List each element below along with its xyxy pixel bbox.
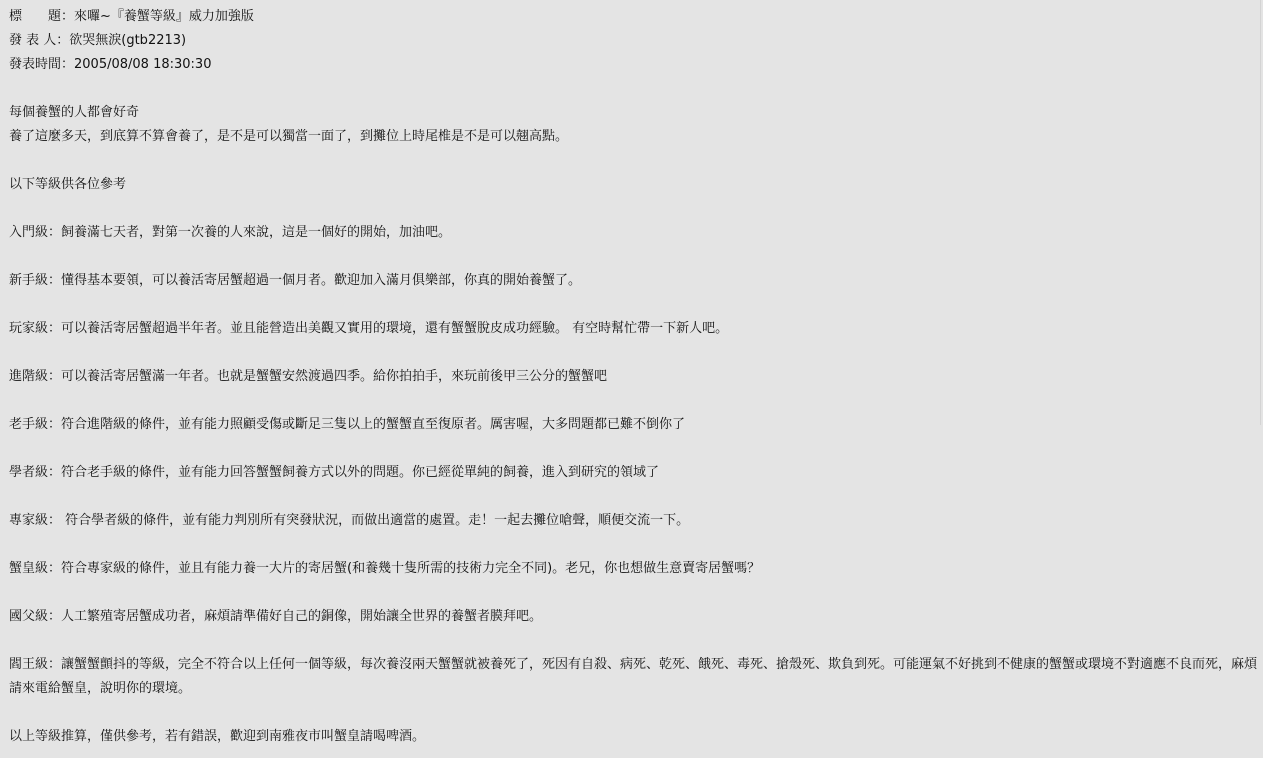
post-title-row: 標 題：來囉~『養蟹等級』威力加強版 — [9, 5, 254, 29]
post-author-label: 發 表 人： — [9, 29, 69, 53]
intro-line-1: 每個養蟹的人都會好奇 — [9, 101, 139, 125]
post-time-row: 發表時間：2005/08/08 18:30:30 — [9, 53, 211, 77]
level-entry-continued: 請來電給蟹皇，說明你的環境。 — [9, 677, 191, 701]
post-title: 來囉~『養蟹等級』威力加強版 — [74, 9, 254, 24]
post-time: 2005/08/08 18:30:30 — [74, 57, 211, 72]
post-author: 欲哭無淚(gtb2213) — [69, 33, 186, 48]
post-time-label: 發表時間： — [9, 53, 74, 77]
level-entry: 閻王級：讓蟹蟹顫抖的等級，完全不符合以上任何一個等級，每次養沒兩天蟹蟹就被養死了… — [9, 653, 1257, 677]
level-entry: 專家級： 符合學者級的條件，並有能力判別所有突發狀況，而做出適當的處置。走！一起… — [9, 509, 689, 533]
closing-note: 以上等級推算，僅供參考，若有錯誤，歡迎到南雅夜市叫蟹皇請喝啤酒。 — [9, 725, 425, 749]
intro-line-2: 養了這麼多天，到底算不算會養了，是不是可以獨當一面了，到攤位上時尾椎是不是可以翹… — [9, 125, 568, 149]
level-entry: 國父級：人工繁殖寄居蟹成功者，麻煩請準備好自己的銅像，開始讓全世界的養蟹者膜拜吧… — [9, 605, 542, 629]
level-entry: 入門級：飼養滿七天者，對第一次養的人來說，這是一個好的開始，加油吧。 — [9, 221, 451, 245]
level-entry: 學者級：符合老手級的條件，並有能力回答蟹蟹飼養方式以外的問題。你已經從單純的飼養… — [9, 461, 659, 485]
post-title-label: 標 題： — [9, 5, 74, 29]
intro-line-3: 以下等級供各位參考 — [9, 173, 126, 197]
page-edge-divider — [1260, 0, 1261, 425]
level-entry: 老手級：符合進階級的條件，並有能力照顧受傷或斷足三隻以上的蟹蟹直至復原者。厲害喔… — [9, 413, 685, 437]
level-entry: 蟹皇級：符合專家級的條件，並且有能力養一大片的寄居蟹(和養幾十隻所需的技術力完全… — [9, 557, 760, 581]
level-entry: 新手級：懂得基本要領，可以養活寄居蟹超過一個月者。歡迎加入滿月俱樂部，你真的開始… — [9, 269, 581, 293]
level-entry: 玩家級：可以養活寄居蟹超過半年者。並且能營造出美觀又實用的環境，還有蟹蟹脫皮成功… — [9, 317, 728, 341]
post-author-row: 發 表 人：欲哭無淚(gtb2213) — [9, 29, 186, 53]
level-entry: 進階級：可以養活寄居蟹滿一年者。也就是蟹蟹安然渡過四季。給你拍拍手，來玩前後甲三… — [9, 365, 607, 389]
